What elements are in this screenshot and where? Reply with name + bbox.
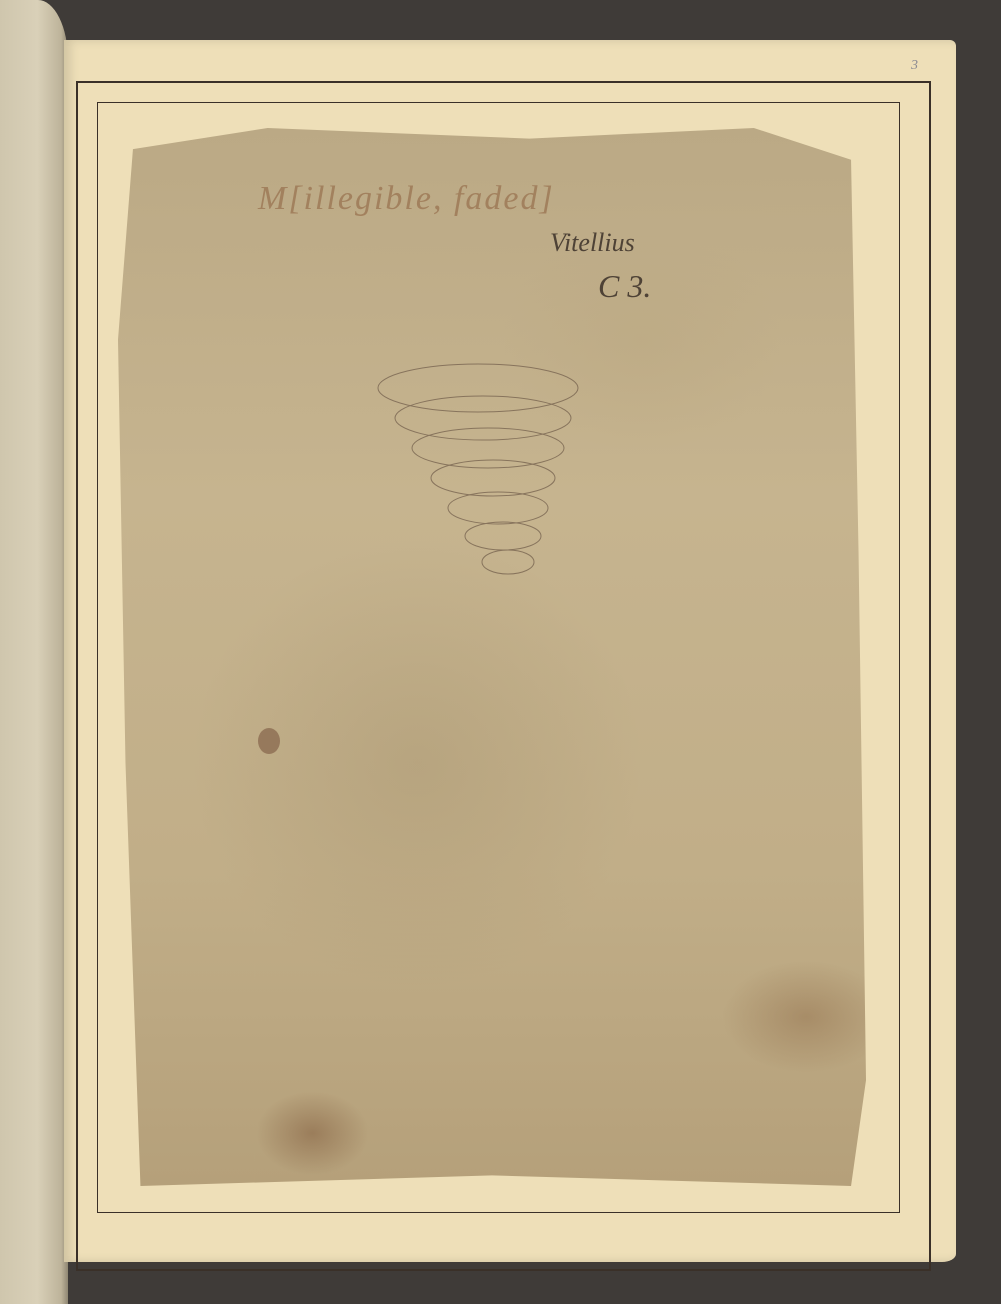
ink-stain — [258, 728, 280, 754]
spiral-doodle-icon — [368, 358, 588, 598]
left-page-edge — [0, 0, 68, 1304]
inscription-line-1: M[illegible, faded] — [258, 180, 555, 218]
inscription-line-2: Vitellius — [550, 228, 635, 258]
inscription-line-3: C 3. — [598, 268, 651, 305]
folio-number: 3 — [911, 58, 918, 74]
vellum-fragment: M[illegible, faded] Vitellius C 3. — [118, 128, 866, 1186]
